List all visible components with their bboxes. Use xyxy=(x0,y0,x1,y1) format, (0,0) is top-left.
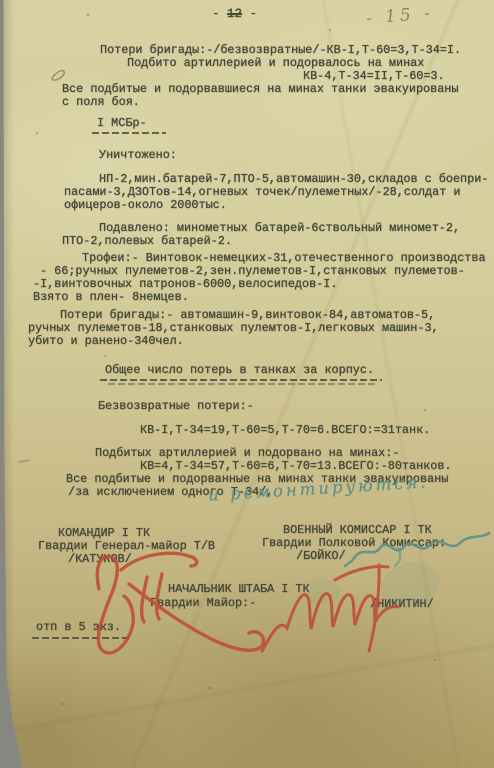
destroyed-line-3: офицеров-около 2000тыс. xyxy=(64,199,227,212)
msbr-heading: I МСБр- xyxy=(97,117,147,130)
suppressed-line-2: ПТО-2,полевых батарей-2. xyxy=(62,235,232,248)
destroyed-heading: Уничтожено: xyxy=(99,149,177,162)
commander-name: /КАТУКОВ/ xyxy=(68,553,132,566)
typed-page-number: - 12 - xyxy=(212,8,257,21)
trophies-line-4: Взято в плен- 8немцев. xyxy=(33,291,189,304)
page-number-suffix: - xyxy=(242,7,257,21)
corps-heading-underline xyxy=(100,379,382,381)
copies-note: отп в 5 экз. xyxy=(36,621,121,634)
chief-of-staff-name: /НИКИТИН/ xyxy=(370,598,434,611)
chief-of-staff-rank: Гвардии Майор:- xyxy=(150,597,256,610)
brigade-losses-line-3: убито и ранено-340чел. xyxy=(28,335,184,348)
irrecoverable-label: Безвозвратные потери:- xyxy=(98,400,254,413)
commissar-rank: Гвардии Полковой Комиссар: xyxy=(262,537,446,550)
commissar-name: /БОЙКО/ xyxy=(296,550,346,563)
corps-heading-underline-2 xyxy=(108,383,376,385)
scanned-document: - 12 - - 15 - Потери бригады:-/безвозвра… xyxy=(0,0,494,768)
page-number-prefix: - xyxy=(212,7,227,21)
copies-underline xyxy=(32,637,132,639)
chief-of-staff-title: НАЧАЛЬНИК ШТАБА I ТК xyxy=(168,583,310,596)
page-number-struck: 12 xyxy=(227,7,242,21)
msbr-underline xyxy=(92,132,166,134)
corps-totals-heading: Общее число потерь в танках за корпус. xyxy=(105,364,374,377)
irrecoverable-line: КВ-I,Т-34=19,Т-60=5,Т-70=6.ВСЕГО:=31танк… xyxy=(140,424,430,437)
tank-losses-line-5: с поля боя. xyxy=(62,96,140,109)
